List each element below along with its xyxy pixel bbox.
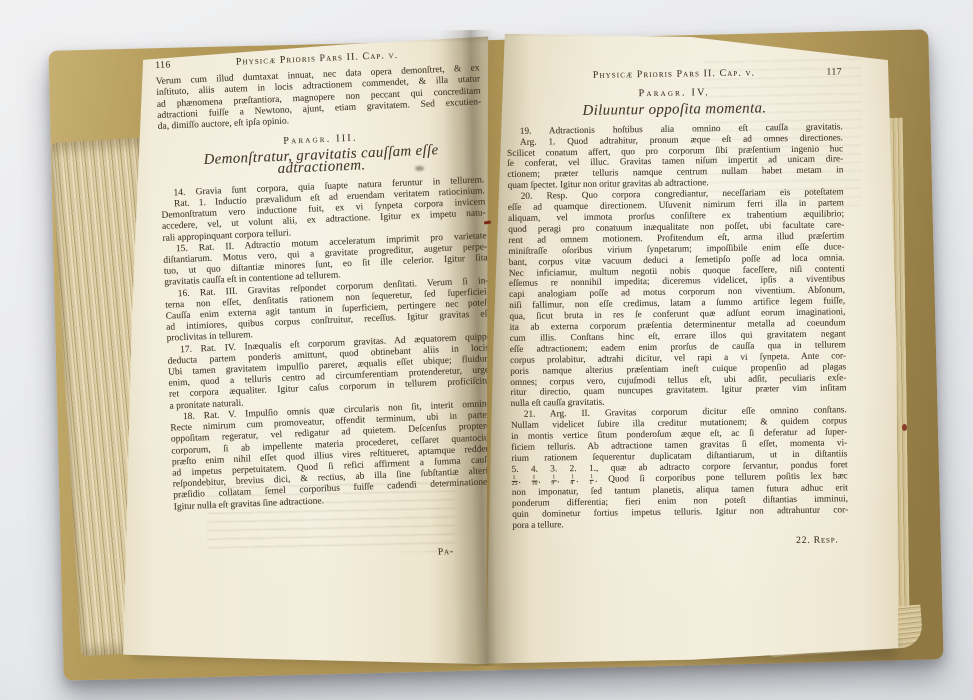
right-body-text: 19. Adtractionis hoſtibus alia omnino eſ… — [507, 122, 849, 531]
left-page-top-edge — [115, 34, 490, 43]
right-header-spacer — [506, 78, 550, 79]
photo-backdrop: 116 Physicæ Prioris Pars II. Cap. v. Ver… — [0, 0, 973, 700]
left-intro-paragraph: Verum cum illud dumtaxat innuat, nec dat… — [156, 64, 482, 134]
fraction: 14 — [570, 475, 575, 487]
right-section-title: Diluuntur oppoſita momenta. — [506, 102, 842, 118]
right-running-header: Physicæ Prioris Pars II. Cap. v. — [550, 68, 798, 82]
right-page-content: Physicæ Prioris Pars II. Cap. v. 117 Par… — [506, 67, 849, 551]
right-catchword: 22. Resp. — [513, 536, 849, 552]
right-page: Physicæ Prioris Pars II. Cap. v. 117 Par… — [476, 28, 906, 670]
foxing-speck — [902, 424, 907, 431]
fraction: 19 — [551, 475, 556, 487]
left-page-content: 116 Physicæ Prioris Pars II. Cap. v. Ver… — [155, 46, 500, 568]
right-page-number: 117 — [798, 67, 842, 79]
right-page-header: Physicæ Prioris Pars II. Cap. v. 117 — [506, 67, 842, 83]
right-paragraph-heading: Paragr. IV. — [506, 86, 842, 102]
fraction: 11 — [589, 475, 594, 487]
left-page-number: 116 — [155, 58, 199, 71]
fraction: 116 — [531, 475, 537, 487]
left-body-text: 14. Gravia ſunt corpora, quia ſuapte nat… — [160, 175, 497, 513]
fraction: 125 — [512, 476, 518, 488]
left-catchword: Pa- — [176, 544, 500, 569]
left-page: 116 Physicæ Prioris Pars II. Cap. v. Ver… — [115, 34, 490, 666]
left-header-spacer — [435, 54, 479, 56]
